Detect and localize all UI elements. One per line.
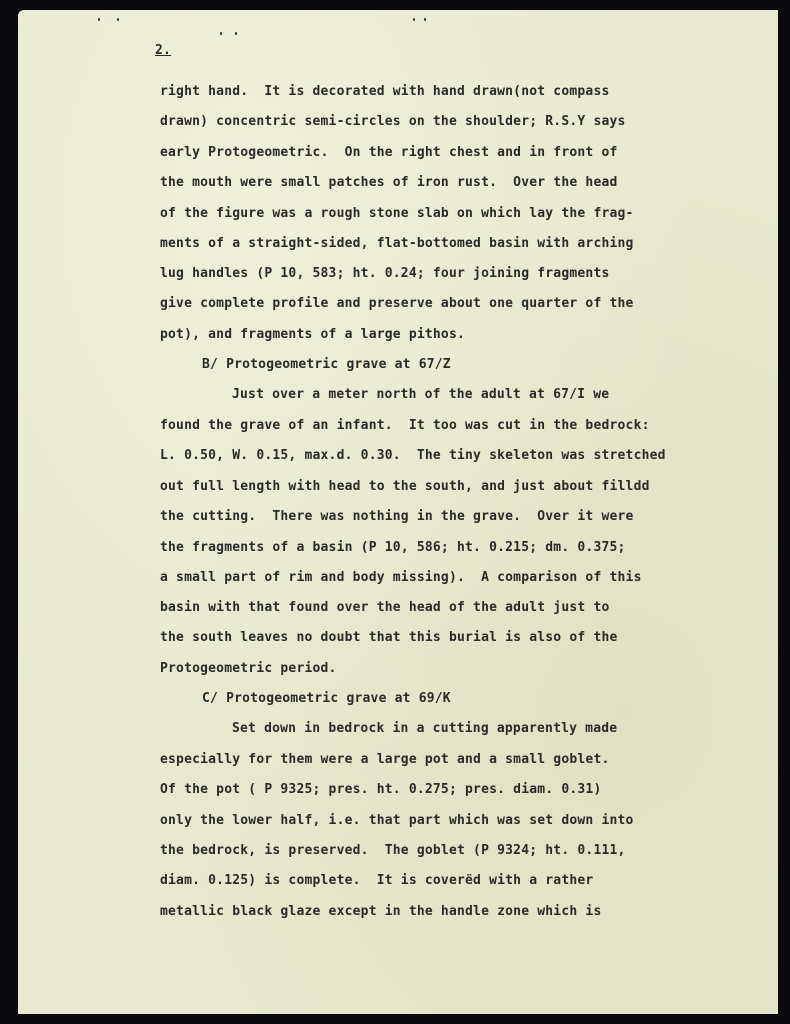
text-line: the cutting. There was nothing in the gr… [160, 509, 634, 524]
text-line: the mouth were small patches of iron rus… [160, 175, 618, 190]
text-line: the bedrock, is preserved. The goblet (P… [160, 843, 626, 858]
text-line: Protogeometric period. [160, 661, 337, 676]
text-line: a small part of rim and body missing). A… [160, 570, 642, 585]
text-line: Just over a meter north of the adult at … [232, 387, 609, 402]
text-line: the south leaves no doubt that this buri… [160, 630, 618, 645]
text-line: basin with that found over the head of t… [160, 600, 610, 615]
text-line: found the grave of an infant. It too was… [160, 418, 650, 433]
text-line: Of the pot ( P 9325; pres. ht. 0.275; pr… [160, 782, 601, 797]
punch-mark [220, 32, 222, 35]
text-line: C/ Protogeometric grave at 69/K [202, 691, 451, 706]
text-line: only the lower half, i.e. that part whic… [160, 813, 634, 828]
text-line: out full length with head to the south, … [160, 479, 650, 494]
text-line: Set down in bedrock in a cutting apparen… [232, 721, 617, 736]
text-line: L. 0.50, W. 0.15, max.d. 0.30. The tiny … [160, 448, 666, 463]
punch-mark [413, 18, 415, 21]
text-line: metallic black glaze except in the handl… [160, 904, 601, 919]
text-line: of the figure was a rough stone slab on … [160, 206, 634, 221]
punch-mark [235, 32, 237, 35]
text-line: especially for them were a large pot and… [160, 752, 610, 767]
punch-mark [117, 18, 119, 21]
punch-mark [98, 18, 100, 21]
text-line: B/ Protogeometric grave at 67/Z [202, 357, 451, 372]
text-line: drawn) concentric semi-circles on the sh… [160, 114, 626, 129]
page-number: 2. [155, 43, 171, 58]
text-line: lug handles (P 10, 583; ht. 0.24; four j… [160, 266, 610, 281]
typewritten-text: 2. right hand. It is decorated with hand… [0, 0, 16, 60]
text-line: give complete profile and preserve about… [160, 296, 634, 311]
punch-mark [424, 18, 426, 21]
text-line: right hand. It is decorated with hand dr… [160, 84, 610, 99]
text-line: ments of a straight-sided, flat-bottomed… [160, 236, 634, 251]
text-line: early Protogeometric. On the right chest… [160, 145, 618, 160]
text-line: diam. 0.125) is complete. It is coverëd … [160, 873, 593, 888]
text-line: pot), and fragments of a large pithos. [160, 327, 465, 342]
text-line: the fragments of a basin (P 10, 586; ht.… [160, 540, 626, 555]
